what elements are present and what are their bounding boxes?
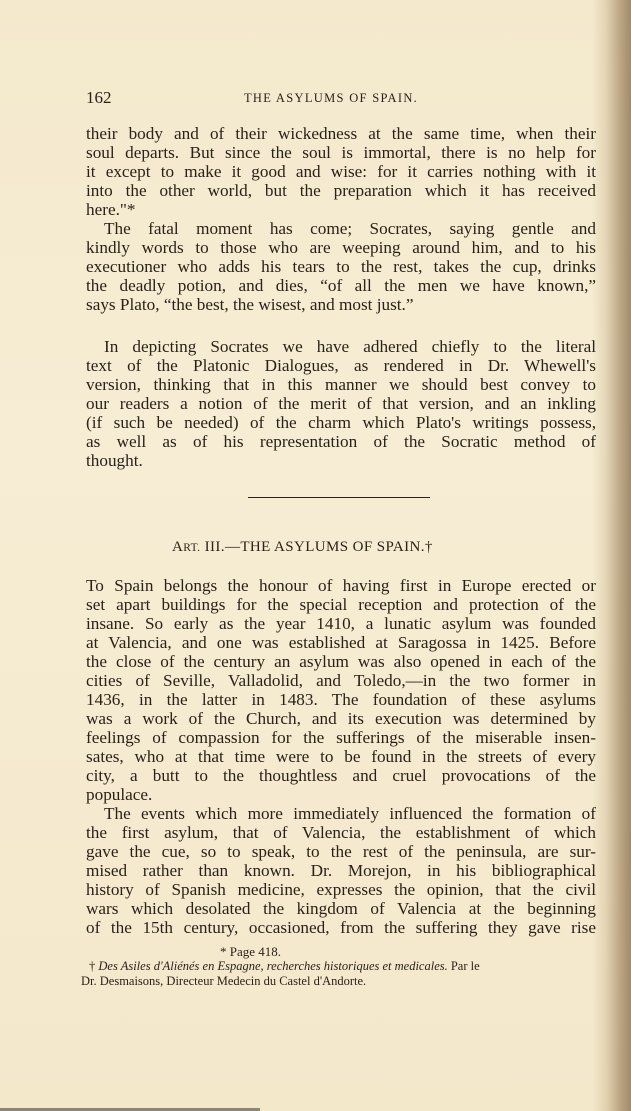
footnote-citation-author-prefix: Par le — [448, 959, 480, 973]
text-line: mised rather than known. Dr. Morejon, in… — [86, 861, 596, 880]
paragraph-fatal-moment: The fatal moment has come; Socrates, say… — [86, 219, 596, 314]
text-line: The fatal moment has come; Socrates, say… — [86, 219, 596, 238]
paragraph-depicting-socrates: In depicting Socrates we have adhered ch… — [86, 337, 596, 470]
text-line: it except to make it good and wise: for … — [86, 162, 596, 181]
text-line: feelings of compassion for the suffering… — [86, 728, 596, 747]
text-line: version, thinking that in this manner we… — [86, 375, 596, 394]
article-heading-smallcaps: RT. — [183, 542, 200, 554]
text-line: cities of Seville, Valladolid, and Toled… — [86, 671, 596, 690]
text-line: history of Spanish medicine, expresses t… — [86, 880, 596, 899]
section-divider — [248, 497, 430, 498]
text-line: of the 15th century, occasioned, from th… — [86, 918, 596, 937]
text-line: our readers a notion of the merit of tha… — [86, 394, 596, 413]
text-line: populace. — [86, 785, 596, 804]
text-line: here."* — [86, 200, 596, 219]
article-heading: ART. III.—THE ASYLUMS OF SPAIN.† — [172, 539, 433, 556]
paragraph-quote-end: their body and of their wickedness at th… — [86, 124, 596, 219]
text-line: the first asylum, that of Valencia, the … — [86, 823, 596, 842]
paragraph-spain-honour: To Spain belongs the honour of having fi… — [86, 576, 596, 804]
text-line: the close of the century an asylum was a… — [86, 652, 596, 671]
footnote-dagger: † Des Asiles d'Aliénés en Espagne, reche… — [89, 959, 599, 974]
text-line: gave the cue, so to speak, to the rest o… — [86, 842, 596, 861]
text-line: kindly words to those who are weeping ar… — [86, 238, 596, 257]
text-line: executioner who adds his tears to the re… — [86, 257, 596, 276]
text-line: was a work of the Church, and its execut… — [86, 709, 596, 728]
footnote-star: * Page 418. — [220, 944, 281, 960]
article-heading-cap: A — [172, 539, 183, 555]
text-line: says Plato, “the best, the wisest, and m… — [86, 295, 596, 314]
paragraph-events-valencia: The events which more immediately influe… — [86, 804, 596, 937]
text-line: set apart buildings for the special rece… — [86, 595, 596, 614]
text-line: In depicting Socrates we have adhered ch… — [86, 337, 596, 356]
text-line: into the other world, but the preparatio… — [86, 181, 596, 200]
text-line: city, a butt to the thoughtless and crue… — [86, 766, 596, 785]
text-line: insane. So early as the year 1410, a lun… — [86, 614, 596, 633]
text-line: wars which desolated the kingdom of Vale… — [86, 899, 596, 918]
text-line: text of the Platonic Dialogues, as rende… — [86, 356, 596, 375]
text-line: at Valencia, and one was established at … — [86, 633, 596, 652]
text-line: 1436, in the latter in 1483. The foundat… — [86, 690, 596, 709]
book-page: 162 THE ASYLUMS OF SPAIN. their body and… — [0, 0, 631, 1111]
text-line: as well as of his representation of the … — [86, 432, 596, 451]
footnote-citation-title: Des Asiles d'Aliénés en Espagne, recherc… — [98, 959, 447, 973]
page-number: 162 — [86, 88, 112, 108]
text-line: soul departs. But since the soul is immo… — [86, 143, 596, 162]
article-heading-title: III.—THE ASYLUMS OF SPAIN.† — [200, 539, 432, 555]
text-line: thought. — [86, 451, 596, 470]
footnote-dagger-line2: Dr. Desmaisons, Directeur Medecin du Cas… — [81, 974, 366, 989]
text-line: the deadly potion, and dies, “of all the… — [86, 276, 596, 295]
dagger-mark: † — [89, 959, 98, 973]
text-line: To Spain belongs the honour of having fi… — [86, 576, 596, 595]
text-line: (if such be needed) of the charm which P… — [86, 413, 596, 432]
text-line: sates, who at that time were to be found… — [86, 747, 596, 766]
text-line: their body and of their wickedness at th… — [86, 124, 596, 143]
running-head: 162 THE ASYLUMS OF SPAIN. — [86, 88, 596, 108]
text-line: The events which more immediately influe… — [86, 804, 596, 823]
running-head-title: THE ASYLUMS OF SPAIN. — [244, 91, 418, 106]
